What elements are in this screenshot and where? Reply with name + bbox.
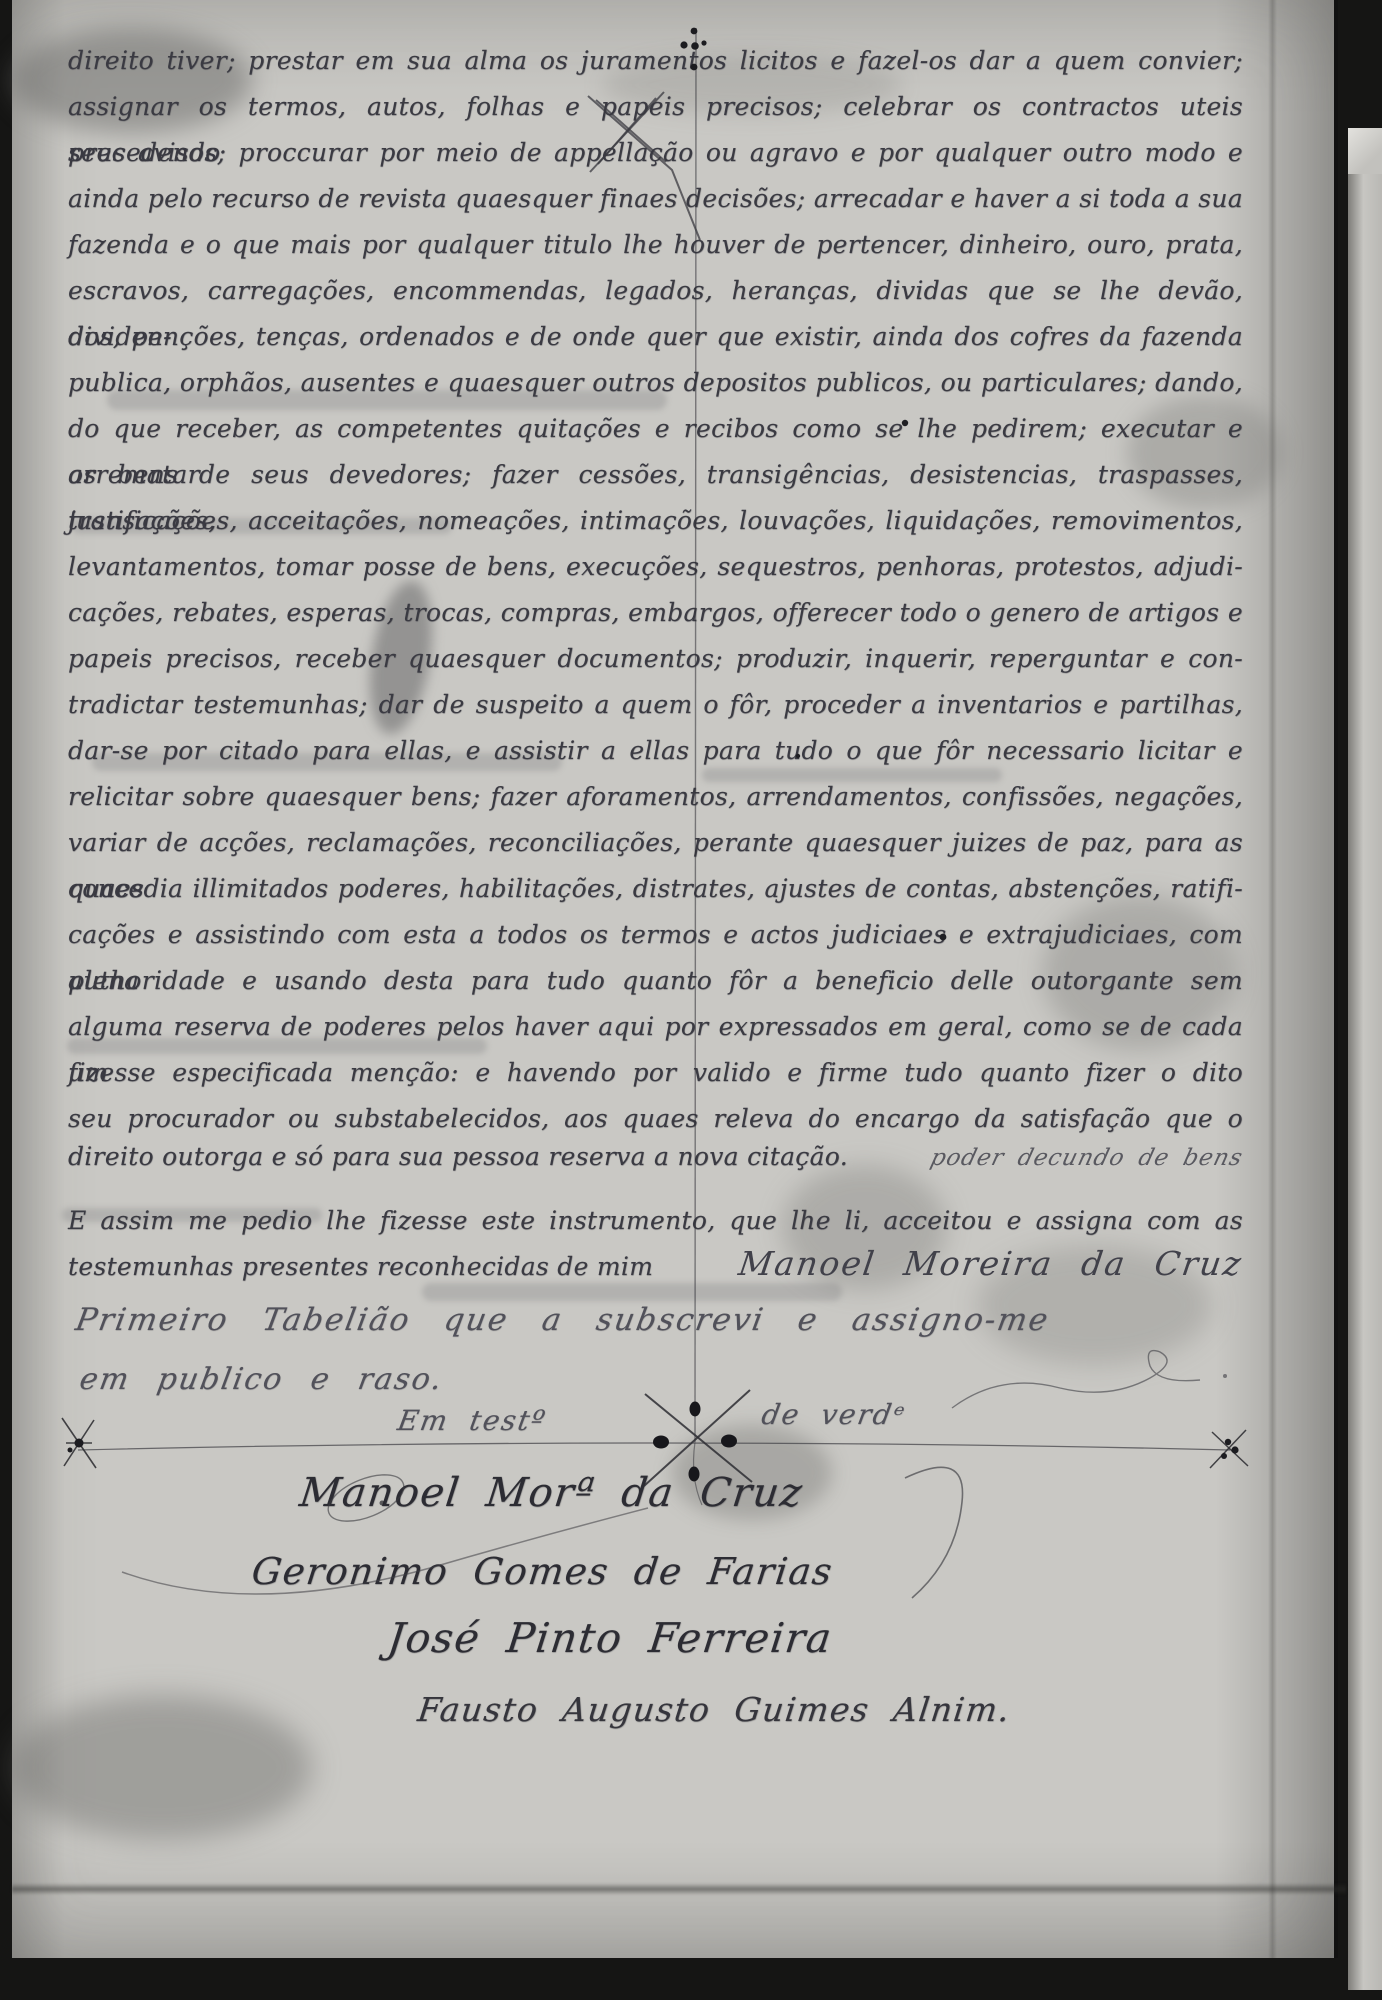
manuscript-line: fazenda e o que mais por qualquer titulo… (68, 222, 1243, 268)
inline-notary-signature: Manoel Moreira da Cruz (737, 1244, 1246, 1283)
manuscript-line: papeis precisos, receber quaesquer docum… (68, 636, 1243, 682)
manuscript-line: seus avisos; proccurar por meio de appel… (68, 130, 1243, 176)
next-page-edge (1348, 128, 1382, 1990)
manuscript-line: dar-se por citado para ellas, e assistir… (68, 728, 1243, 774)
manuscript-line: justificações, acceitações, nomeações, i… (68, 498, 1243, 544)
closing-line-2: testemunhas presentes reconhecidas de mi… (68, 1244, 1243, 1290)
manuscript-line: publica, orphãos, ausentes e quaesquer o… (68, 360, 1243, 406)
manuscript-line: do que receber, as competentes quitações… (68, 406, 1243, 452)
manuscript-line: direito outorga e só para sua pessoa res… (68, 1142, 848, 1171)
manuscript-line: escravos, carregações, encommendas, lega… (68, 268, 1243, 314)
manuscript-line: dos, penções, tenças, ordenados e de ond… (68, 314, 1243, 360)
stain (12, 1695, 312, 1840)
signature-jose-pinto-ferreira: José Pinto Ferreira (385, 1614, 835, 1662)
closing-text: testemunhas presentes reconhecidas de mi… (68, 1252, 653, 1281)
signature-fausto-augusto: Fausto Augusto Guimes Alnim. (416, 1690, 1013, 1729)
vertical-crease (1268, 0, 1277, 1958)
manuscript-line: alguma reserva de poderes pelos haver aq… (68, 1004, 1243, 1050)
manuscript-line: concedia illimitados poderes, habilitaçõ… (68, 866, 1243, 912)
manuscript-line-with-addition: direito outorga e só para sua pessoa res… (68, 1142, 1243, 1188)
marginal-addition: poder decundo de bens (928, 1145, 1246, 1171)
manuscript-line: assignar os termos, autos, folhas e pape… (68, 84, 1243, 130)
signature-geronimo-gomes-de-farias: Geronimo Gomes de Farias (249, 1550, 835, 1593)
signature-manoel-mora-da-cruz: Manoel Morª da Cruz (297, 1470, 806, 1516)
manuscript-line: ainda pelo recurso de revista quaesquer … (68, 176, 1243, 222)
next-page-corner (1348, 128, 1382, 174)
manuscript-line: cações, rebates, esperas, trocas, compra… (68, 590, 1243, 636)
manuscript-line: tradictar testemunhas; dar de suspeito a… (68, 682, 1243, 728)
manuscript-line: levantamentos, tomar posse de bens, exec… (68, 544, 1243, 590)
manuscript-line: authoridade e usando desta para tudo qua… (68, 958, 1243, 1004)
closing-line-3: Primeiro Tabelião que a subscrevi e assi… (73, 1302, 1053, 1338)
manuscript-line: fizesse especificada menção: e havendo p… (68, 1050, 1243, 1096)
manuscript-line: direito tiver; prestar em sua alma os ju… (68, 38, 1243, 84)
manuscript-body: direito tiver; prestar em sua alma os ju… (68, 38, 1243, 1188)
manuscript-line: variar de acções, reclamações, reconcili… (68, 820, 1243, 866)
closing-line-1: E assim me pedio lhe fizesse este instru… (68, 1198, 1243, 1244)
manuscript-line: seu procurador ou substabelecidos, aos q… (68, 1096, 1243, 1142)
manuscript-line: cações e assistindo com esta a todos os … (68, 912, 1243, 958)
horizontal-fold-crease (12, 1883, 1346, 1895)
closing-line-4: em publico e raso. (77, 1362, 446, 1397)
manuscript-line: os bens de seus devedores; fazer cessões… (68, 452, 1243, 498)
manuscript-line: relicitar sobre quaesquer bens; fazer af… (68, 774, 1243, 820)
manuscript-scan: direito tiver; prestar em sua alma os ju… (0, 0, 1382, 2000)
attestation-left-text: Em testº (395, 1404, 549, 1437)
attestation-right-text: de verdᵉ (759, 1398, 909, 1431)
